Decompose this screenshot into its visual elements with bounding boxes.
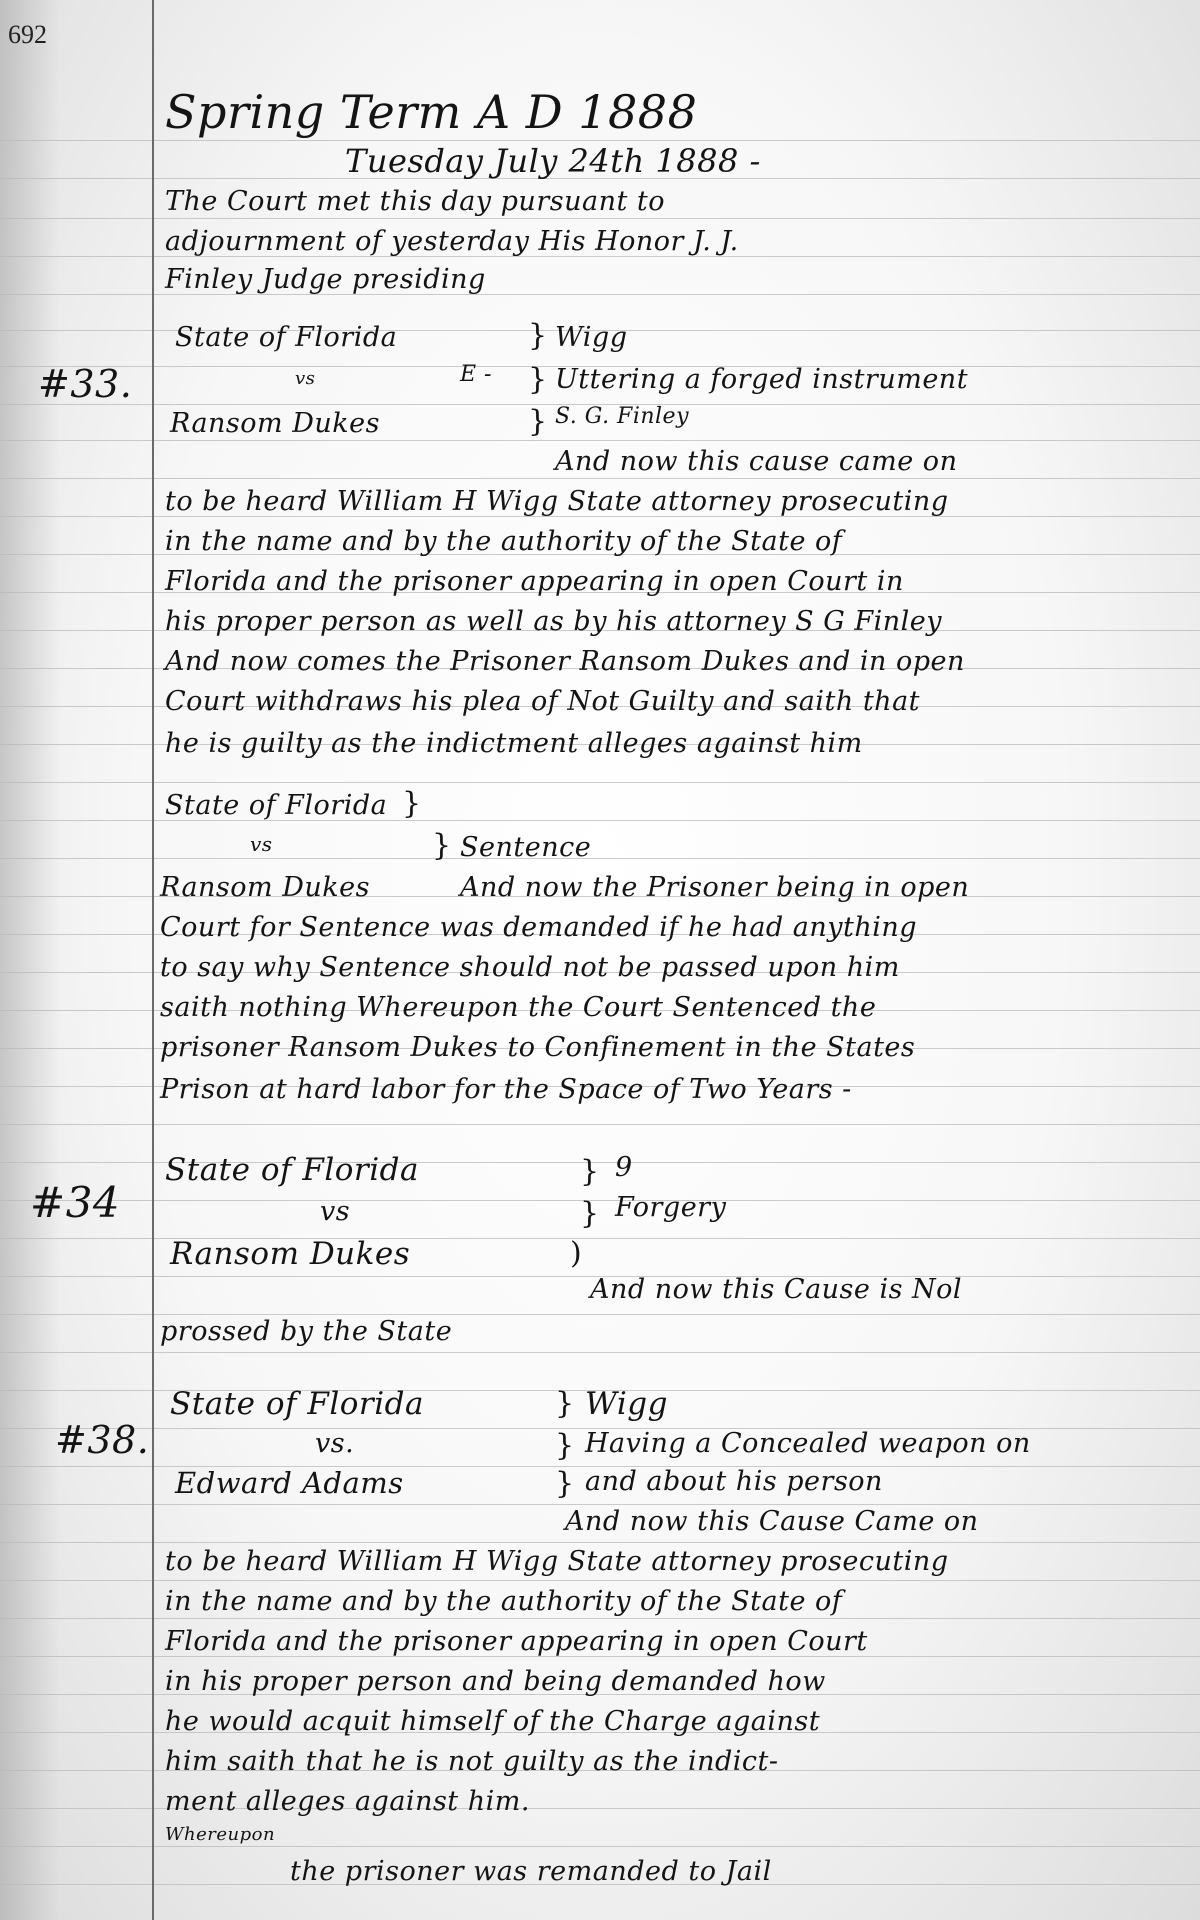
body-line: to be heard William H Wigg State attorne… — [165, 1546, 949, 1577]
ledger-page: 692 Spring Term A D 1888 Tuesday July 24… — [0, 0, 1200, 1920]
body-line: him saith that he is not guilty as the i… — [165, 1746, 779, 1777]
page-edge-shadow — [0, 0, 60, 1920]
case-plaintiff: State of Florida — [170, 1386, 424, 1422]
caption-brace: } — [528, 362, 548, 397]
ruled-line — [0, 478, 1200, 479]
caption-brace: } — [580, 1196, 600, 1231]
body-line: to say why Sentence should not be passed… — [160, 952, 900, 983]
body-line: saith nothing Whereupon the Court Senten… — [160, 992, 876, 1023]
caption-brace: } — [528, 404, 548, 439]
body-line: And now this Cause is Nol — [590, 1274, 962, 1305]
case-note: S. G. Finley — [555, 404, 689, 429]
body-line: Court for Sentence was demanded if he ha… — [160, 912, 917, 943]
case-defendant: Ransom Dukes — [170, 1236, 410, 1272]
body-line: Whereupon — [165, 1824, 275, 1845]
caption-brace: } — [402, 786, 422, 821]
body-line: the prisoner was remanded to Jail — [290, 1856, 772, 1887]
ruled-line — [0, 1200, 1200, 1201]
case-versus: vs — [295, 368, 315, 389]
case-number: #33. — [38, 362, 132, 406]
ruled-line — [0, 1846, 1200, 1847]
case-note: Uttering a forged instrument — [555, 364, 968, 395]
ruled-line — [0, 1352, 1200, 1353]
case-number: #38. — [55, 1418, 149, 1462]
body-line: Florida and the prisoner appearing in op… — [165, 1626, 868, 1657]
case-defendant: Ransom Dukes — [170, 408, 380, 439]
case-defendant: Ransom Dukes — [160, 872, 370, 903]
case-plaintiff: State of Florida — [165, 1152, 419, 1188]
opening-line: The Court met this day pursuant to — [165, 186, 665, 217]
page-number: 692 — [8, 20, 47, 50]
case-versus: vs — [320, 1196, 350, 1227]
ruled-line — [0, 140, 1200, 141]
case-number: #34 — [30, 1178, 120, 1227]
case-note: 9 — [615, 1152, 633, 1183]
case-plaintiff: State of Florida — [175, 322, 397, 353]
ruled-line — [0, 1580, 1200, 1581]
body-line: he would acquit himself of the Charge ag… — [165, 1706, 820, 1737]
caption-brace: } — [432, 828, 452, 863]
ruled-line — [0, 1124, 1200, 1125]
body-line: prisoner Ransom Dukes to Confinement in … — [160, 1032, 915, 1063]
body-line: ment alleges against him. — [165, 1786, 530, 1817]
case-note: Sentence — [460, 832, 591, 863]
ruled-line — [0, 858, 1200, 859]
caption-brace: } — [555, 1428, 575, 1463]
body-line: Prison at hard labor for the Space of Tw… — [160, 1074, 852, 1105]
case-note: Forgery — [615, 1192, 726, 1223]
body-line: Court withdraws his plea of Not Guilty a… — [165, 686, 920, 717]
body-line: he is guilty as the indictment alleges a… — [165, 728, 863, 759]
opening-line: adjournment of yesterday His Honor J. J. — [165, 226, 739, 257]
body-line: in the name and by the authority of the … — [165, 526, 842, 557]
case-versus: vs. — [315, 1428, 354, 1459]
body-line: And now the Prisoner being in open — [460, 872, 969, 903]
body-line: in his proper person and being demanded … — [165, 1666, 826, 1697]
ruled-line — [0, 1542, 1200, 1543]
body-line: And now comes the Prisoner Ransom Dukes … — [165, 646, 965, 677]
ruled-line — [0, 782, 1200, 783]
case-defendant: Edward Adams — [175, 1466, 404, 1500]
case-plaintiff: State of Florida — [165, 790, 387, 821]
body-line: And now this cause came on — [555, 446, 957, 477]
case-versus: vs — [250, 832, 273, 856]
case-note: and about his person — [585, 1466, 883, 1497]
opening-line: Finley Judge presiding — [165, 264, 486, 295]
case-note: Wigg — [555, 322, 627, 353]
caption-brace: } — [528, 318, 548, 353]
ruled-line — [0, 218, 1200, 219]
body-line: his proper person as well as by his atto… — [165, 606, 942, 637]
ruled-line — [0, 1314, 1200, 1315]
body-line: Florida and the prisoner appearing in op… — [165, 566, 904, 597]
body-line: prossed by the State — [160, 1316, 452, 1347]
margin-rule — [152, 0, 154, 1920]
caption-brace: } — [580, 1154, 600, 1189]
case-note: Having a Concealed weapon on — [585, 1428, 1031, 1459]
ruled-line — [0, 1504, 1200, 1505]
body-line: to be heard William H Wigg State attorne… — [165, 486, 949, 517]
caption-brace: } — [555, 1386, 575, 1421]
body-line: in the name and by the authority of the … — [165, 1586, 842, 1617]
ruled-line — [0, 1618, 1200, 1619]
case-mark: E - — [460, 362, 492, 387]
case-note: Wigg — [585, 1386, 668, 1422]
caption-brace: ) — [570, 1236, 582, 1271]
caption-brace: } — [555, 1466, 575, 1501]
session-date: Tuesday July 24th 1888 - — [345, 142, 761, 180]
body-line: And now this Cause Came on — [565, 1506, 979, 1537]
term-heading: Spring Term A D 1888 — [165, 85, 697, 139]
ruled-line — [0, 440, 1200, 441]
